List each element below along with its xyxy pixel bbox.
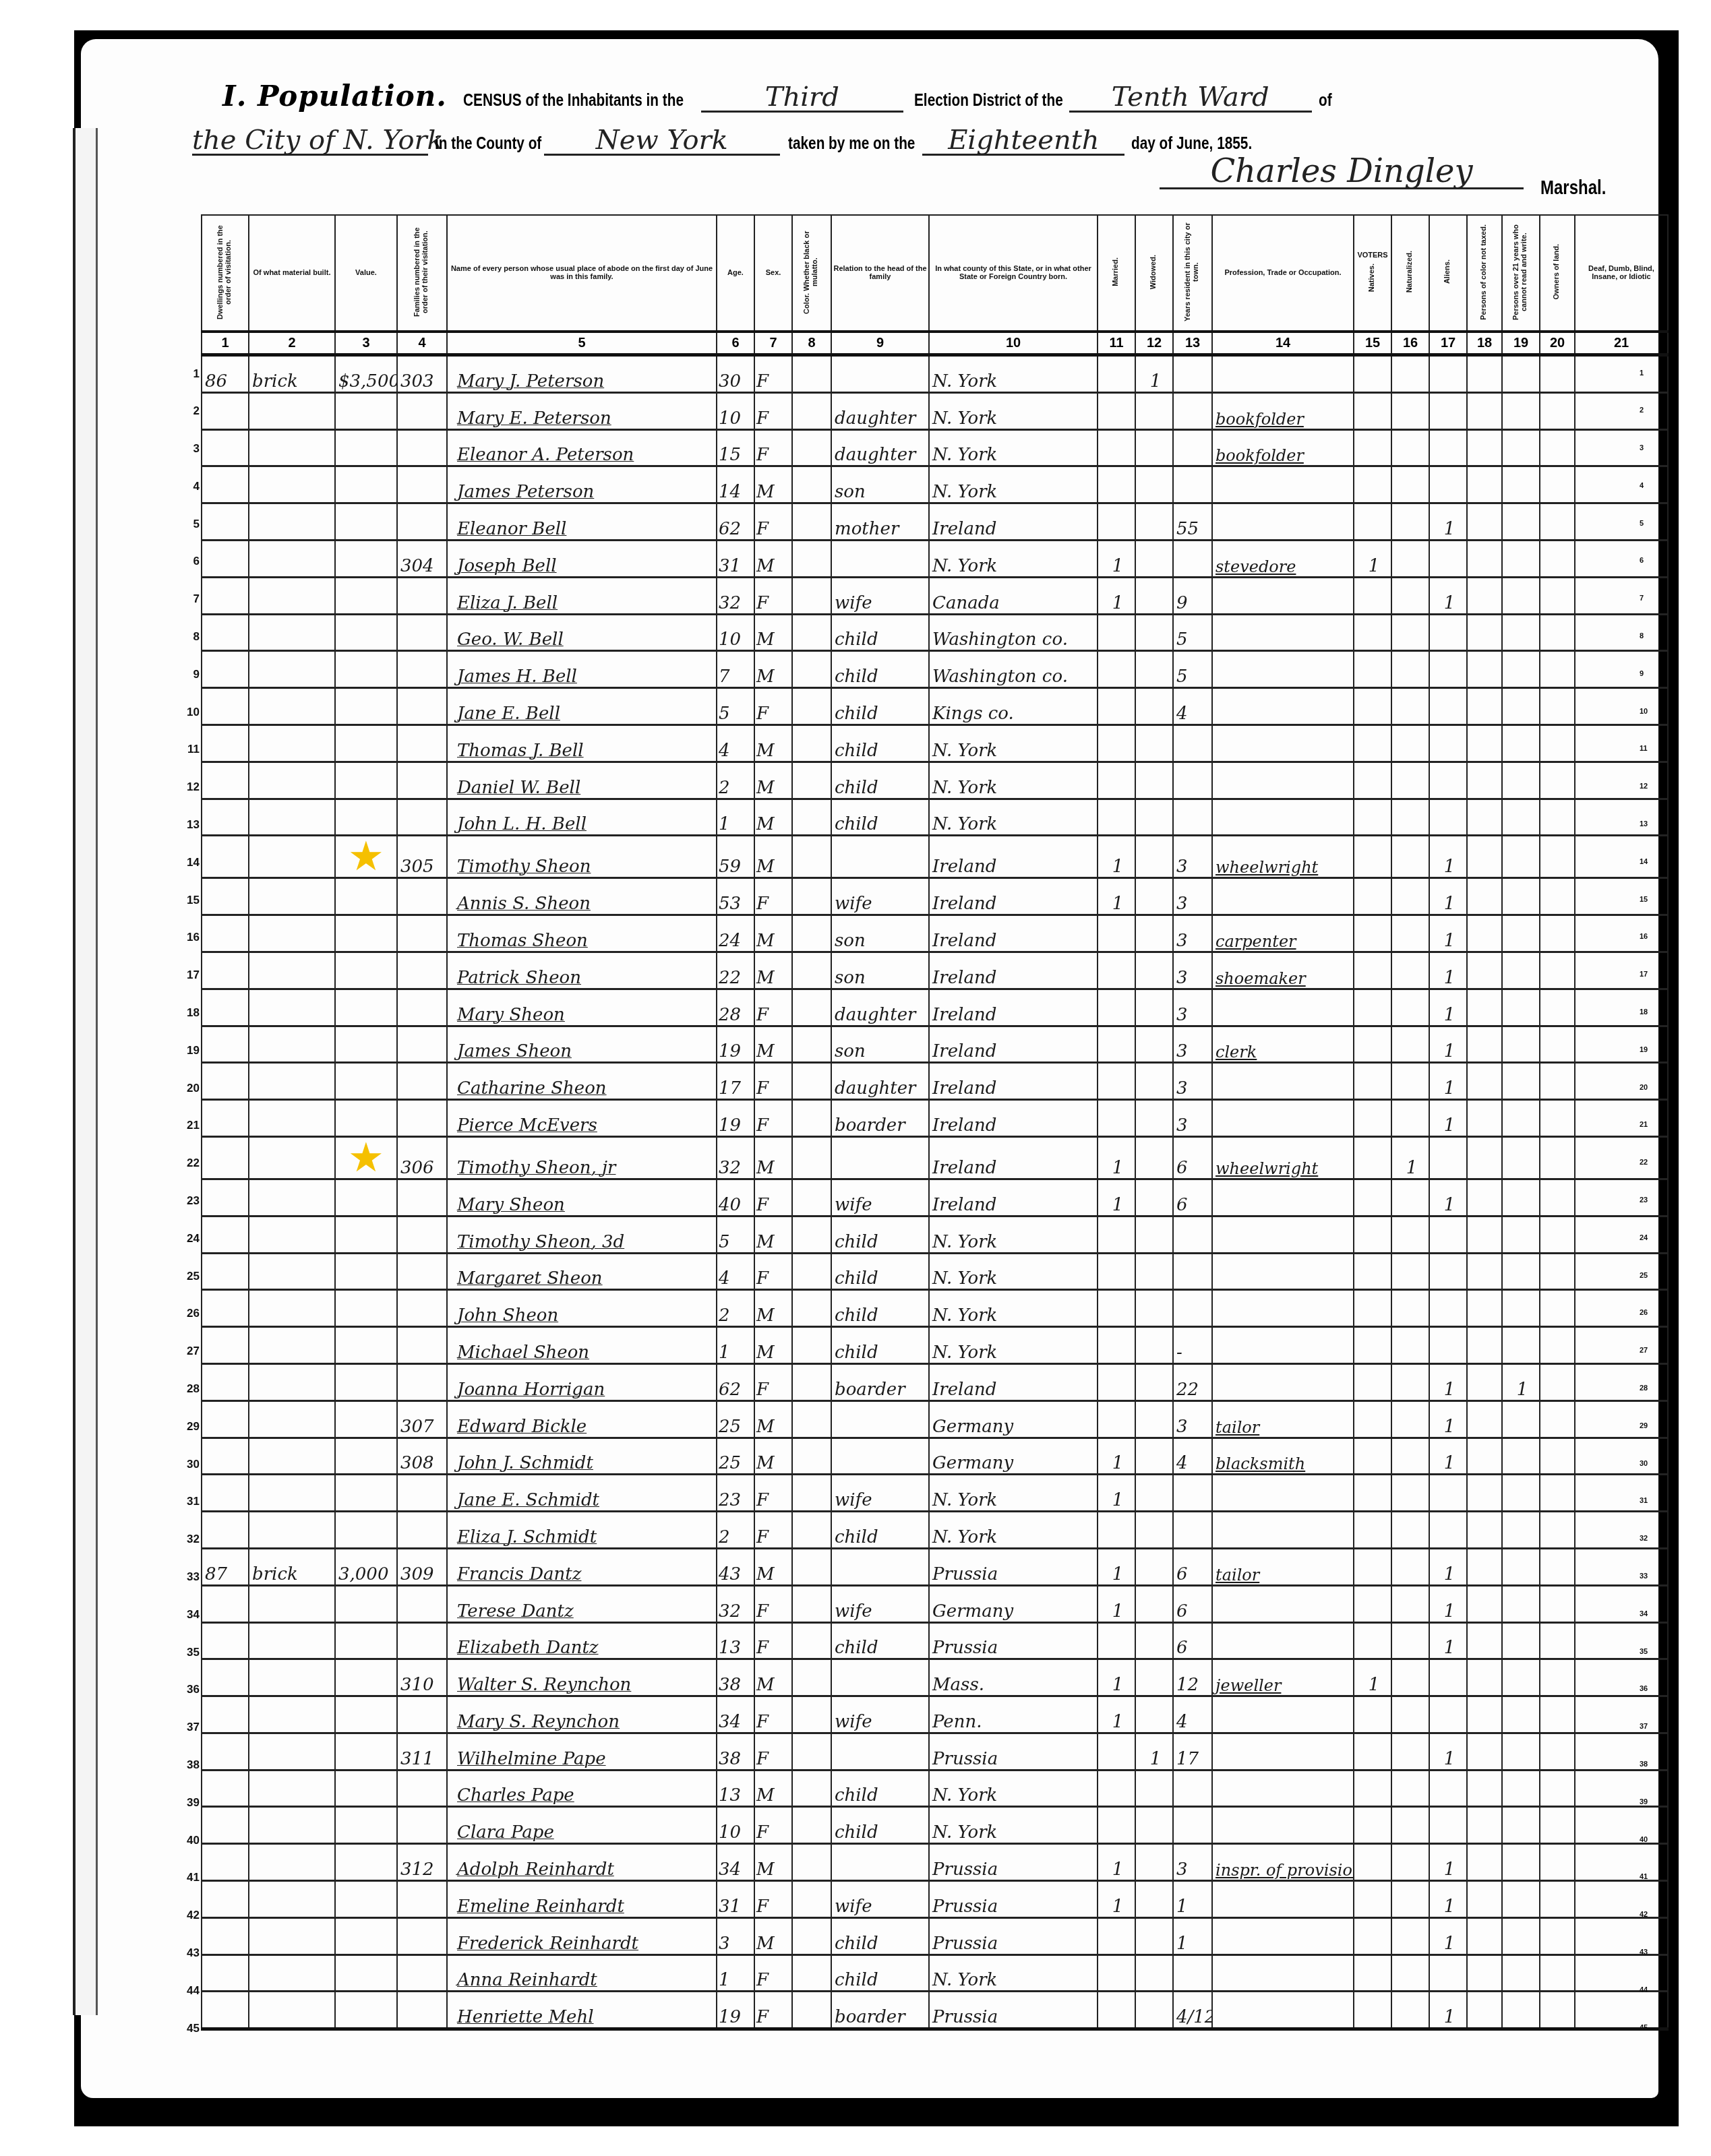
cell-family: 310: [397, 1659, 447, 1696]
cell-aliens: [1429, 540, 1467, 577]
cell-years: [1173, 1216, 1212, 1253]
cell-years: 55: [1173, 503, 1212, 541]
cell-color: [792, 1253, 831, 1290]
cell-c19: [1502, 1100, 1540, 1137]
cell-natives: [1354, 1179, 1391, 1216]
cell-c18: [1467, 1400, 1502, 1438]
column-header-15: VOTERSNatives.: [1354, 215, 1391, 332]
cell-c18: [1467, 1992, 1502, 2029]
cell-widowed: [1135, 1992, 1173, 2029]
cell-c19: [1502, 952, 1540, 989]
cell-aliens: [1429, 1253, 1467, 1290]
cell-material: [249, 725, 335, 762]
column-header-label: Married.: [1112, 257, 1120, 286]
cell-material: [249, 989, 335, 1026]
cell-relation: son: [831, 952, 929, 989]
cell-c18: [1467, 1438, 1502, 1475]
cell-name: John L. H. Bell: [447, 799, 717, 836]
cell-years: 3: [1173, 1026, 1212, 1063]
city-field: the City of N. York: [192, 127, 428, 156]
cell-married: 1: [1098, 836, 1135, 878]
cell-material: [249, 1881, 335, 1918]
cell-color: [792, 725, 831, 762]
cell-dwelling: [202, 651, 249, 688]
line-number: 30: [177, 1446, 200, 1483]
cell-born: Ireland: [929, 836, 1098, 878]
cell-material: [249, 1136, 335, 1179]
cell-c20: [1540, 1992, 1575, 2029]
cell-dwelling: [202, 1438, 249, 1475]
line-number: 20: [177, 1070, 200, 1107]
cell-occupation: [1212, 1696, 1354, 1733]
cell-naturalized: [1391, 989, 1429, 1026]
line-number-right: 28: [1640, 1370, 1656, 1408]
census-row: 310Walter S. Reynchon38MMass.112jeweller…: [202, 1659, 1668, 1696]
cell-color: [792, 989, 831, 1026]
cell-married: [1098, 1363, 1135, 1400]
cell-natives: [1354, 1512, 1391, 1549]
column-number: 13: [1173, 332, 1212, 355]
cell-c19: [1502, 1290, 1540, 1327]
cell-c18: [1467, 1733, 1502, 1770]
cell-years: 3: [1173, 836, 1212, 878]
cell-naturalized: [1391, 1475, 1429, 1512]
cell-born: Prussia: [929, 1992, 1098, 2029]
cell-c19: [1502, 915, 1540, 952]
cell-sex: F: [754, 989, 792, 1026]
cell-value: [335, 952, 397, 989]
cell-age: 10: [717, 614, 754, 651]
cell-c20: [1540, 1659, 1575, 1696]
cell-c18: [1467, 952, 1502, 989]
line-number: 28: [177, 1370, 200, 1408]
cell-occupation: clerk: [1212, 1026, 1354, 1063]
cell-c19: [1502, 651, 1540, 688]
cell-c19: [1502, 1917, 1540, 1954]
cell-c18: [1467, 1659, 1502, 1696]
cell-c19: [1502, 577, 1540, 614]
census-row: James Peterson14MsonN. York: [202, 466, 1668, 503]
cell-occupation: [1212, 577, 1354, 614]
line-number: 43: [177, 1934, 200, 1972]
column-header-4: Families numbered in the order of their …: [397, 215, 447, 332]
cell-dwelling: [202, 1475, 249, 1512]
cell-married: 1: [1098, 1696, 1135, 1733]
cell-dwelling: [202, 1327, 249, 1364]
cell-material: [249, 1063, 335, 1100]
cell-name: Joanna Horrigan: [447, 1363, 717, 1400]
line-number-right: 21: [1640, 1107, 1656, 1144]
cell-age: 5: [717, 1216, 754, 1253]
cell-married: [1098, 1327, 1135, 1364]
cell-natives: [1354, 1136, 1391, 1179]
cell-occupation: [1212, 1475, 1354, 1512]
cell-color: [792, 614, 831, 651]
cell-years: [1173, 1253, 1212, 1290]
cell-widowed: [1135, 466, 1173, 503]
cell-value: [335, 1770, 397, 1807]
cell-years: 6: [1173, 1622, 1212, 1659]
cell-years: 3: [1173, 952, 1212, 989]
cell-widowed: 1: [1135, 355, 1173, 393]
cell-widowed: [1135, 1954, 1173, 1992]
cell-color: [792, 1917, 831, 1954]
cell-natives: [1354, 952, 1391, 989]
column-header-19: Persons over 21 years who cannot read an…: [1502, 215, 1540, 332]
cell-value: $3,500: [335, 355, 397, 393]
column-number: 20: [1540, 332, 1575, 355]
cell-occupation: wheelwright: [1212, 836, 1354, 878]
cell-age: 1: [717, 799, 754, 836]
cell-c20: [1540, 1327, 1575, 1364]
cell-value: [335, 1512, 397, 1549]
cell-dwelling: [202, 1696, 249, 1733]
cell-natives: [1354, 1026, 1391, 1063]
county-field: New York: [544, 127, 780, 156]
cell-family: [397, 1696, 447, 1733]
cell-natives: [1354, 1327, 1391, 1364]
cell-c18: [1467, 1696, 1502, 1733]
cell-value: [335, 1438, 397, 1475]
column-header-label: Profession, Trade or Occupation.: [1225, 269, 1342, 277]
cell-value: [335, 989, 397, 1026]
cell-color: [792, 1327, 831, 1364]
cell-c18: [1467, 1216, 1502, 1253]
cell-family: [397, 688, 447, 725]
cell-married: 1: [1098, 1179, 1135, 1216]
cell-years: [1173, 540, 1212, 577]
cell-family: [397, 1179, 447, 1216]
column-header-7: Sex.: [754, 215, 792, 332]
cell-sex: M: [754, 651, 792, 688]
line-number-right: 4: [1640, 468, 1656, 505]
cell-aliens: 1: [1429, 1844, 1467, 1881]
cell-natives: [1354, 1733, 1391, 1770]
cell-c18: [1467, 725, 1502, 762]
cell-born: N. York: [929, 725, 1098, 762]
cell-c19: [1502, 1992, 1540, 2029]
cell-color: [792, 429, 831, 466]
cell-c18: [1467, 1026, 1502, 1063]
cell-occupation: [1212, 1363, 1354, 1400]
cell-age: 30: [717, 355, 754, 393]
cell-age: 59: [717, 836, 754, 878]
cell-relation: child: [831, 799, 929, 836]
cell-sex: F: [754, 1696, 792, 1733]
cell-name: Walter S. Reynchon: [447, 1659, 717, 1696]
line-number-right: 15: [1640, 882, 1656, 919]
cell-color: [792, 799, 831, 836]
cell-family: [397, 1917, 447, 1954]
cell-dwelling: [202, 466, 249, 503]
cell-natives: [1354, 1992, 1391, 2029]
cell-sex: F: [754, 1063, 792, 1100]
cell-c18: [1467, 688, 1502, 725]
cell-relation: child: [831, 725, 929, 762]
cell-occupation: bookfolder: [1212, 429, 1354, 466]
cell-c19: [1502, 355, 1540, 393]
county-label: in the County of: [435, 133, 541, 154]
cell-born: N. York: [929, 1512, 1098, 1549]
cell-naturalized: [1391, 355, 1429, 393]
line-number-right: 44: [1640, 1972, 1656, 2010]
cell-years: 1: [1173, 1917, 1212, 1954]
cell-born: N. York: [929, 429, 1098, 466]
cell-material: [249, 1100, 335, 1137]
line-number-right: 34: [1640, 1596, 1656, 1634]
census-row: 304Joseph Bell31MN. York1stevedore1: [202, 540, 1668, 577]
cell-age: 15: [717, 429, 754, 466]
cell-c19: [1502, 1475, 1540, 1512]
cell-c18: [1467, 1954, 1502, 1992]
cell-occupation: tailor: [1212, 1400, 1354, 1438]
cell-married: [1098, 1733, 1135, 1770]
cell-age: 31: [717, 540, 754, 577]
cell-born: Canada: [929, 577, 1098, 614]
cell-relation: child: [831, 1807, 929, 1844]
cell-dwelling: [202, 1512, 249, 1549]
cell-value: 3,000: [335, 1548, 397, 1585]
cell-years: 4: [1173, 688, 1212, 725]
cell-born: Ireland: [929, 503, 1098, 541]
cell-sex: F: [754, 1733, 792, 1770]
cell-sex: M: [754, 1400, 792, 1438]
column-number: 8: [792, 332, 831, 355]
cell-naturalized: [1391, 651, 1429, 688]
cell-years: [1173, 1512, 1212, 1549]
cell-color: [792, 1770, 831, 1807]
cell-years: [1173, 1475, 1212, 1512]
cell-naturalized: [1391, 540, 1429, 577]
cell-married: [1098, 355, 1135, 393]
cell-born: N. York: [929, 1475, 1098, 1512]
cell-natives: [1354, 1548, 1391, 1585]
cell-years: [1173, 392, 1212, 429]
column-header-16: Naturalized.: [1391, 215, 1429, 332]
column-header-12: Widowed.: [1135, 215, 1173, 332]
cell-name: Frederick Reinhardt: [447, 1917, 717, 1954]
cell-occupation: [1212, 1063, 1354, 1100]
census-row: Patrick Sheon22MsonIreland3shoemaker1: [202, 952, 1668, 989]
line-number-right: 42: [1640, 1897, 1656, 1934]
cell-sex: M: [754, 799, 792, 836]
marshal-signature-block: Charles Dingley: [1160, 155, 1524, 189]
cell-name: James Peterson: [447, 466, 717, 503]
cell-aliens: [1429, 799, 1467, 836]
cell-c18: [1467, 762, 1502, 799]
column-number: 5: [447, 332, 717, 355]
cell-naturalized: [1391, 1026, 1429, 1063]
cell-born: Kings co.: [929, 688, 1098, 725]
cell-color: [792, 1216, 831, 1253]
cell-name: Michael Sheon: [447, 1327, 717, 1364]
cell-sex: M: [754, 466, 792, 503]
cell-aliens: 1: [1429, 1438, 1467, 1475]
line-number: 2: [177, 392, 200, 430]
cell-c18: [1467, 1363, 1502, 1400]
cell-age: 62: [717, 1363, 754, 1400]
cell-born: Prussia: [929, 1844, 1098, 1881]
cell-c18: [1467, 989, 1502, 1026]
cell-years: 3: [1173, 878, 1212, 915]
line-number-right: 1: [1640, 355, 1656, 393]
cell-relation: child: [831, 1954, 929, 1992]
line-number: 24: [177, 1220, 200, 1258]
line-number-right: 23: [1640, 1182, 1656, 1220]
cell-c19: [1502, 1659, 1540, 1696]
cell-naturalized: [1391, 1327, 1429, 1364]
cell-natives: [1354, 1363, 1391, 1400]
column-header-label: Naturalized.: [1406, 251, 1414, 292]
cell-c20: [1540, 836, 1575, 878]
line-number-right: 29: [1640, 1408, 1656, 1446]
cell-sex: F: [754, 577, 792, 614]
cell-name: Charles Pape: [447, 1770, 717, 1807]
cell-aliens: [1429, 1659, 1467, 1696]
line-number-right: 31: [1640, 1483, 1656, 1520]
census-row: 308John J. Schmidt25MGermany14blacksmith…: [202, 1438, 1668, 1475]
cell-years: 4: [1173, 1696, 1212, 1733]
cell-born: Washington co.: [929, 614, 1098, 651]
cell-sex: F: [754, 1585, 792, 1622]
cell-c20: [1540, 1063, 1575, 1100]
line-number: 38: [177, 1746, 200, 1784]
cell-value: [335, 1327, 397, 1364]
cell-material: [249, 762, 335, 799]
cell-color: [792, 1659, 831, 1696]
cell-naturalized: [1391, 878, 1429, 915]
cell-c18: [1467, 1917, 1502, 1954]
column-number: 9: [831, 332, 929, 355]
cell-age: 38: [717, 1659, 754, 1696]
cell-c20: [1540, 1290, 1575, 1327]
cell-married: [1098, 762, 1135, 799]
cell-value: [335, 799, 397, 836]
line-number: 9: [177, 656, 200, 694]
cell-married: [1098, 1253, 1135, 1290]
cell-married: 1: [1098, 878, 1135, 915]
cell-widowed: [1135, 1696, 1173, 1733]
cell-years: 3: [1173, 915, 1212, 952]
line-number-right: 6: [1640, 543, 1656, 580]
cell-dwelling: [202, 577, 249, 614]
line-number-right: 13: [1640, 806, 1656, 844]
cell-c20: [1540, 1548, 1575, 1585]
cell-value: [335, 503, 397, 541]
cell-value: [335, 1992, 397, 2029]
cell-c20: [1540, 725, 1575, 762]
cell-relation: [831, 540, 929, 577]
cell-sex: F: [754, 1622, 792, 1659]
cell-material: [249, 1917, 335, 1954]
cell-name: Francis Dantz: [447, 1548, 717, 1585]
cell-naturalized: [1391, 915, 1429, 952]
column-number: 11: [1098, 332, 1135, 355]
cell-c19: [1502, 1253, 1540, 1290]
line-number-right: 17: [1640, 956, 1656, 994]
cell-naturalized: [1391, 1696, 1429, 1733]
column-number: 16: [1391, 332, 1429, 355]
cell-sex: M: [754, 1438, 792, 1475]
cell-married: [1098, 1216, 1135, 1253]
cell-aliens: [1429, 1475, 1467, 1512]
column-header-label: In what county of this State, or in what…: [935, 265, 1091, 281]
cell-c20: [1540, 429, 1575, 466]
cell-aliens: [1429, 614, 1467, 651]
cell-sex: M: [754, 540, 792, 577]
cell-natives: [1354, 1844, 1391, 1881]
cell-c20: [1540, 392, 1575, 429]
cell-relation: [831, 355, 929, 393]
cell-value: [335, 429, 397, 466]
cell-occupation: [1212, 651, 1354, 688]
cell-widowed: [1135, 799, 1173, 836]
cell-relation: child: [831, 688, 929, 725]
cell-widowed: [1135, 1327, 1173, 1364]
column-header-label: Relation to the head of the family: [833, 265, 926, 281]
cell-married: 1: [1098, 1659, 1135, 1696]
cell-color: [792, 915, 831, 952]
census-row: Mary Sheon28FdaughterIreland31: [202, 989, 1668, 1026]
cell-age: 28: [717, 989, 754, 1026]
cell-natives: [1354, 1216, 1391, 1253]
cell-occupation: [1212, 1100, 1354, 1137]
cell-naturalized: [1391, 1548, 1429, 1585]
cell-material: [249, 915, 335, 952]
cell-born: N. York: [929, 1290, 1098, 1327]
cell-c19: [1502, 1585, 1540, 1622]
cell-naturalized: [1391, 1622, 1429, 1659]
cell-name: Clara Pape: [447, 1807, 717, 1844]
cell-natives: [1354, 1400, 1391, 1438]
cell-dwelling: [202, 1659, 249, 1696]
cell-family: [397, 1216, 447, 1253]
cell-widowed: [1135, 614, 1173, 651]
cell-family: [397, 989, 447, 1026]
cell-occupation: [1212, 1770, 1354, 1807]
line-number: 39: [177, 1784, 200, 1822]
cell-name: Emeline Reinhardt: [447, 1881, 717, 1918]
cell-relation: boarder: [831, 1992, 929, 2029]
cell-name: Mary Sheon: [447, 1179, 717, 1216]
cell-married: [1098, 466, 1135, 503]
cell-material: [249, 1844, 335, 1881]
cell-sex: M: [754, 1844, 792, 1881]
cell-years: [1173, 799, 1212, 836]
cell-naturalized: [1391, 1512, 1429, 1549]
line-number-right: 39: [1640, 1784, 1656, 1822]
cell-widowed: [1135, 952, 1173, 989]
cell-age: 1: [717, 1954, 754, 1992]
cell-value: [335, 577, 397, 614]
cell-years: 5: [1173, 614, 1212, 651]
cell-color: [792, 1733, 831, 1770]
cell-color: [792, 762, 831, 799]
line-number-right: 36: [1640, 1671, 1656, 1708]
cell-material: [249, 466, 335, 503]
cell-born: Prussia: [929, 1917, 1098, 1954]
cell-c18: [1467, 355, 1502, 393]
line-number: 25: [177, 1258, 200, 1295]
cell-sex: F: [754, 1100, 792, 1137]
census-row: Annis S. Sheon53FwifeIreland131: [202, 878, 1668, 915]
cell-sex: M: [754, 1659, 792, 1696]
cell-born: N. York: [929, 1954, 1098, 1992]
cell-c20: [1540, 1216, 1575, 1253]
cell-c18: [1467, 1136, 1502, 1179]
cell-years: 3: [1173, 1063, 1212, 1100]
cell-c19: [1502, 1881, 1540, 1918]
